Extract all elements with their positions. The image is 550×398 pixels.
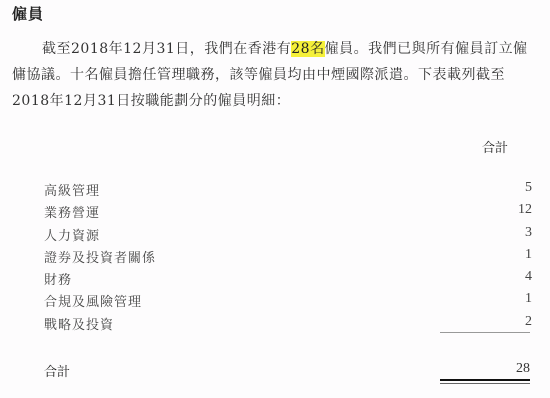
row-value: 1 [525, 247, 532, 263]
paragraph-text-start: 截至2018年12月31日，我們在香港有 [42, 41, 291, 57]
section-title: 僱員 [12, 3, 44, 24]
row-label: 合規及風險管理 [44, 291, 142, 310]
table-row: 人力資源 3 [44, 225, 532, 247]
row-label: 證券及投資者關係 [44, 247, 156, 266]
row-value: 3 [525, 225, 532, 241]
table-row: 業務營運 12 [44, 202, 532, 224]
total-value: 28 [516, 361, 530, 377]
total-label: 合計 [44, 361, 70, 380]
row-label: 財務 [44, 269, 72, 288]
row-label: 業務營運 [44, 202, 100, 221]
table-row: 證券及投資者關係 1 [44, 247, 532, 269]
table-row: 高級管理 5 [44, 180, 532, 202]
highlighted-employee-count: 28名 [291, 41, 324, 57]
row-value: 12 [518, 202, 532, 218]
row-label: 高級管理 [44, 180, 100, 199]
row-label: 戰略及投資 [44, 314, 114, 333]
row-value: 5 [525, 180, 532, 196]
row-value: 4 [525, 269, 532, 285]
total-double-rule-top [440, 379, 530, 381]
table-row: 合規及風險管理 1 [44, 291, 532, 313]
row-value: 1 [525, 291, 532, 307]
column-header-total: 合計 [482, 137, 508, 156]
table-row: 財務 4 [44, 269, 532, 291]
employee-breakdown-table: 高級管理 5 業務營運 12 人力資源 3 證券及投資者關係 1 財務 4 合規… [44, 180, 532, 336]
subtotal-rule [440, 332, 530, 333]
row-label: 人力資源 [44, 225, 100, 244]
row-value: 2 [525, 314, 532, 330]
employee-paragraph: 截至2018年12月31日，我們在香港有28名僱員。我們已與所有僱員訂立僱傭協議… [12, 36, 542, 114]
total-double-rule-bottom [440, 383, 530, 384]
